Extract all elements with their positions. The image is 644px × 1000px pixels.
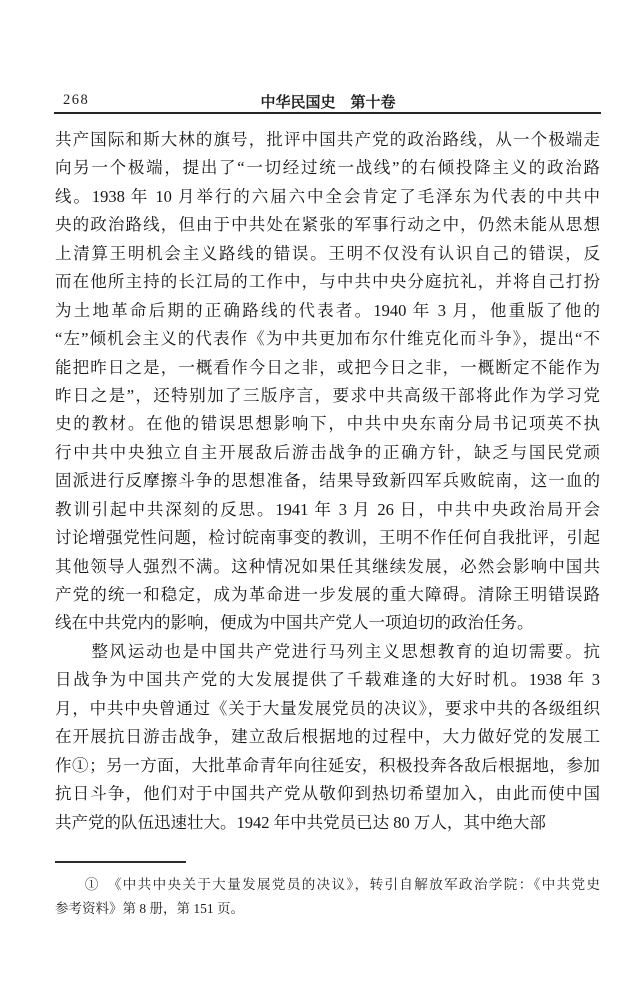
text-line: 教训引起中共深刻的反思。1941 年 3 月 26 日，中共中央政治局开会 [55, 496, 600, 524]
text-line: 共产党的队伍迅速壮大。1942 年中共党员已达 80 万人，其中绝大部 [55, 809, 600, 837]
paragraph-2: 整风运动也是中国共产党进行马列主义思想教育的迫切需要。抗日战争为中国共产党的大发… [55, 638, 600, 837]
text-line: 线在中共党内的影响，便成为中国共产党人一项迫切的政治任务。 [55, 609, 600, 637]
text-line: 昨日之是”，还特别加了三版序言，要求中共高级干部将此作为学习党 [55, 382, 600, 410]
paragraph-1: 共产国际和斯大林的旗号，批评中国共产党的政治路线，从一个极端走向另一个极端，提出… [55, 126, 600, 638]
text-line: 月，中共中央曾通过《关于大量发展党员的决议》，要求中共的各级组织 [55, 695, 600, 723]
header-rule [54, 112, 601, 114]
text-line: 固派进行反摩擦斗争的思想准备，结果导致新四军兵败皖南，这一血的 [55, 467, 600, 495]
text-line: 能把昨日之是，一概看作今日之非，或把今日之非，一概断定不能作为 [55, 354, 600, 382]
text-line: 日战争为中国共产党的大发展提供了千载难逢的大好时机。1938 年 3 [55, 666, 600, 694]
text-line: 而在他所主持的长江局的工作中，与中共中央分庭抗礼，并将自己打扮 [55, 268, 600, 296]
text-line: 讨论增强党性问题，检讨皖南事变的教训，王明不作任何自我批评，引起 [55, 524, 600, 552]
text-line: 为土地革命后期的正确路线的代表者。1940 年 3 月，他重版了他的 [55, 297, 600, 325]
footnote-separator-rule [55, 861, 186, 863]
running-title: 中华民国史 第十卷 [55, 91, 601, 112]
text-line: 抗日斗争，他们对于中国共产党从敬仰到热切希望加入，由此而使中国 [55, 780, 600, 808]
text-line: 在开展抗日游击战争，建立敌后根据地的过程中，大力做好党的发展工 [55, 723, 600, 751]
text-line: 参考资料》第 8 册，第 151 页。 [55, 897, 600, 921]
text-line: 线。1938 年 10 月举行的六届六中全会肯定了毛泽东为代表的中共中 [55, 183, 600, 211]
book-page: 268 中华民国史 第十卷 共产国际和斯大林的旗号，批评中国共产党的政治路线，从… [0, 0, 644, 1000]
text-line: 作①；另一方面，大批革命青年向往延安，积极投奔各敌后根据地，参加 [55, 752, 600, 780]
text-line: 向另一个极端，提出了“一切经过统一战线”的右倾投降主义的政治路 [55, 154, 600, 182]
text-line: 上清算王明机会主义路线的错误。王明不仅没有认识自己的错误，反 [55, 240, 600, 268]
text-line: 共产国际和斯大林的旗号，批评中国共产党的政治路线，从一个极端走 [55, 126, 600, 154]
text-line: 其他领导人强烈不满。这种情况如果任其继续发展，必然会影响中国共 [55, 553, 600, 581]
text-line: 央的政治路线，但由于中共处在紧张的军事行动之中，仍然未能从思想 [55, 211, 600, 239]
text-line: ① 《中共中央关于大量发展党员的决议》，转引自解放军政治学院：《中共党史 [55, 873, 600, 897]
text-line: 史的教材。在他的错误思想影响下，中共中央东南分局书记项英不执 [55, 410, 600, 438]
text-line: 行中共中央独立自主开展敌后游击战争的正确方针，缺乏与国民党顽 [55, 439, 600, 467]
footnote: ① 《中共中央关于大量发展党员的决议》，转引自解放军政治学院：《中共党史参考资料… [55, 873, 600, 920]
page-header: 268 中华民国史 第十卷 [55, 91, 601, 111]
text-line: 产党的统一和稳定，成为革命进一步发展的重大障碍。清除王明错误路 [55, 581, 600, 609]
page-body: 共产国际和斯大林的旗号，批评中国共产党的政治路线，从一个极端走向另一个极端，提出… [55, 126, 600, 837]
text-line: “左”倾机会主义的代表作《为中共更加布尔什维克化而斗争》，提出“不 [55, 325, 600, 353]
text-line: 整风运动也是中国共产党进行马列主义思想教育的迫切需要。抗 [55, 638, 600, 666]
